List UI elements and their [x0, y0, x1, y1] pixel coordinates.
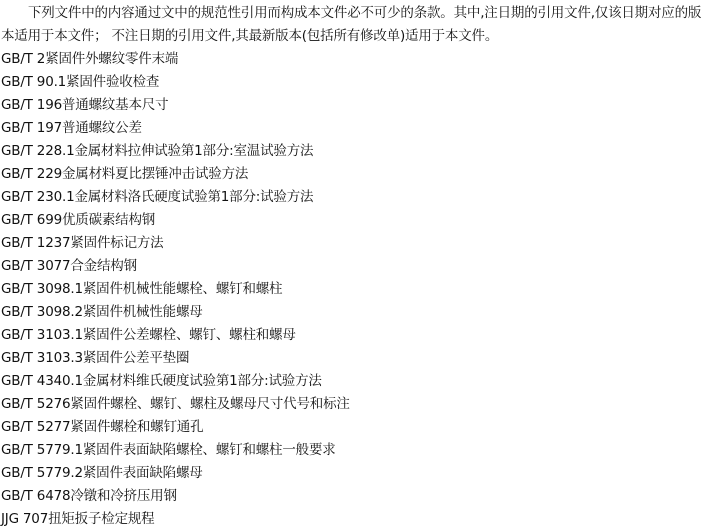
reference-item: GB/T 699优质碳素结构钢	[1, 209, 712, 232]
reference-item: GB/T 5779.1紧固件表面缺陷螺栓、螺钉和螺柱一般要求	[1, 439, 712, 462]
reference-item: GB/T 5277紧固件螺栓和螺钉通孔	[1, 416, 712, 439]
reference-item: GB/T 197普通螺纹公差	[1, 117, 712, 140]
reference-item: GB/T 230.1金属材料洛氏硬度试验第1部分:试验方法	[1, 186, 712, 209]
reference-item: GB/T 196普通螺纹基本尺寸	[1, 94, 712, 117]
reference-item: GB/T 3098.2紧固件机械性能螺母	[1, 301, 712, 324]
reference-item: GB/T 3103.3紧固件公差平垫圈	[1, 347, 712, 370]
reference-item: GB/T 3098.1紧固件机械性能螺栓、螺钉和螺柱	[1, 278, 712, 301]
reference-item: GB/T 228.1金属材料拉伸试验第1部分:室温试验方法	[1, 140, 712, 163]
reference-item: GB/T 4340.1金属材料维氏硬度试验第1部分:试验方法	[1, 370, 712, 393]
reference-item: GB/T 5779.2紧固件表面缺陷螺母	[1, 462, 712, 485]
reference-item: JJG 707扭矩扳子检定规程	[1, 508, 712, 526]
reference-list: GB/T 2紧固件外螺纹零件末端 GB/T 90.1紧固件验收检查 GB/T 1…	[1, 48, 712, 526]
reference-item: GB/T 3103.1紧固件公差螺栓、螺钉、螺柱和螺母	[1, 324, 712, 347]
reference-item: GB/T 229金属材料夏比摆锤冲击试验方法	[1, 163, 712, 186]
reference-item: GB/T 6478冷镦和冷挤压用钢	[1, 485, 712, 508]
reference-item: GB/T 5276紧固件螺栓、螺钉、螺柱及螺母尺寸代号和标注	[1, 393, 712, 416]
normative-references-section: 下列文件中的内容通过文中的规范性引用而构成本文件必不可少的条款。其中,注日期的引…	[0, 0, 712, 526]
reference-item: GB/T 3077合金结构钢	[1, 255, 712, 278]
reference-item: GB/T 1237紧固件标记方法	[1, 232, 712, 255]
reference-item: GB/T 90.1紧固件验收检查	[1, 71, 712, 94]
intro-paragraph: 下列文件中的内容通过文中的规范性引用而构成本文件必不可少的条款。其中,注日期的引…	[1, 2, 712, 48]
reference-item: GB/T 2紧固件外螺纹零件末端	[1, 48, 712, 71]
